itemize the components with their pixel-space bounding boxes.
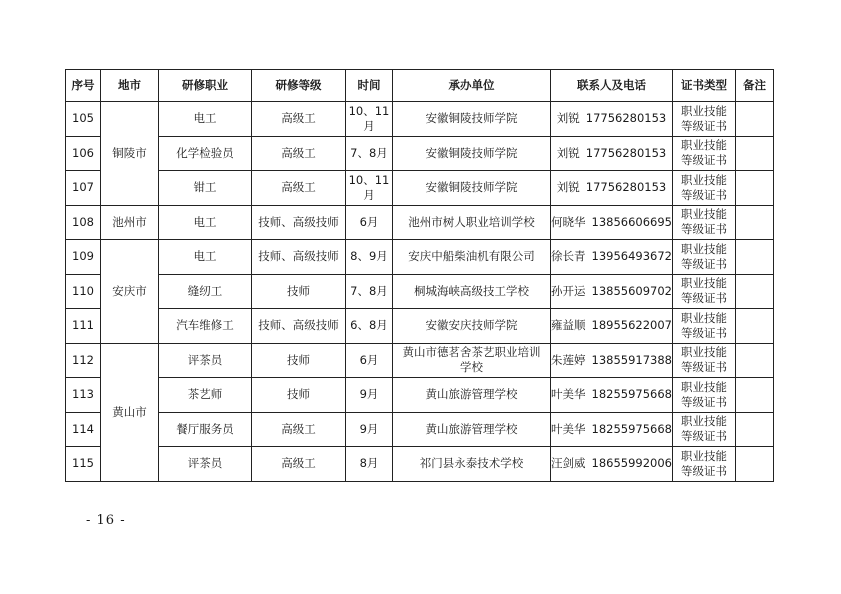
remark-cell xyxy=(736,102,774,137)
city-cell: 安庆市 xyxy=(101,240,159,344)
row-number: 114 xyxy=(66,412,101,447)
certificate-cell: 职业技能等级证书 xyxy=(673,205,736,240)
header-no: 序号 xyxy=(66,70,101,102)
contact-phone: 18655992006 xyxy=(592,456,672,470)
organizer-cell: 安徽铜陵技师学院 xyxy=(393,171,551,206)
row-number: 107 xyxy=(66,171,101,206)
time-cell: 8月 xyxy=(346,447,393,482)
contact-phone: 17756280153 xyxy=(586,146,666,160)
time-cell: 7、8月 xyxy=(346,136,393,171)
table-row: 111汽车维修工技师、高级技师6、8月安徽安庆技师学院雍益顺1895562200… xyxy=(66,309,774,344)
level-cell: 高级工 xyxy=(252,136,346,171)
occupation-cell: 电工 xyxy=(159,205,252,240)
remark-cell xyxy=(736,171,774,206)
contact-phone: 13855609702 xyxy=(592,284,672,298)
table-row: 107钳工高级工10、11月安徽铜陵技师学院刘锐17756280153职业技能等… xyxy=(66,171,774,206)
contact-phone: 17756280153 xyxy=(586,180,666,194)
remark-cell xyxy=(736,378,774,413)
text-line: 等级证书 xyxy=(681,119,727,133)
time-text: 10、11月 xyxy=(349,104,390,134)
certificate-cell: 职业技能等级证书 xyxy=(673,378,736,413)
contact-cell: 徐长青13956493672 xyxy=(551,240,673,275)
occupation-cell: 茶艺师 xyxy=(159,378,252,413)
certificate-cell: 职业技能等级证书 xyxy=(673,309,736,344)
contact-cell: 叶美华18255975668 xyxy=(551,378,673,413)
contact-cell: 何晓华13856606695 xyxy=(551,205,673,240)
time-cell: 9月 xyxy=(346,412,393,447)
row-number: 109 xyxy=(66,240,101,275)
contact-name: 汪剑威 xyxy=(551,456,586,470)
contact-phone: 13855917388 xyxy=(592,353,672,367)
text-line: 职业技能 xyxy=(681,207,727,221)
organizer-cell: 池州市树人职业培训学校 xyxy=(393,205,551,240)
contact-phone: 13956493672 xyxy=(592,249,672,263)
certificate-text: 职业技能等级证书 xyxy=(681,380,727,410)
level-cell: 高级工 xyxy=(252,171,346,206)
time-cell: 6、8月 xyxy=(346,309,393,344)
contact-name: 雍益顺 xyxy=(551,318,586,332)
header-remark: 备注 xyxy=(736,70,774,102)
certificate-cell: 职业技能等级证书 xyxy=(673,343,736,378)
text-line: 职业技能 xyxy=(681,311,727,325)
contact-phone: 13856606695 xyxy=(592,215,672,229)
certificate-cell: 职业技能等级证书 xyxy=(673,136,736,171)
organizer-cell: 黄山旅游管理学校 xyxy=(393,412,551,447)
organizer-cell: 安徽铜陵技师学院 xyxy=(393,102,551,137)
remark-cell xyxy=(736,274,774,309)
text-line: 月 xyxy=(363,119,375,133)
contact-name: 刘锐 xyxy=(557,146,580,160)
occupation-cell: 餐厅服务员 xyxy=(159,412,252,447)
organizer-cell: 安庆中船柴油机有限公司 xyxy=(393,240,551,275)
contact-cell: 刘锐17756280153 xyxy=(551,102,673,137)
occupation-cell: 化学检验员 xyxy=(159,136,252,171)
occupation-cell: 评茶员 xyxy=(159,343,252,378)
contact-cell: 雍益顺18955622007 xyxy=(551,309,673,344)
row-number: 112 xyxy=(66,343,101,378)
level-cell: 高级工 xyxy=(252,412,346,447)
occupation-cell: 汽车维修工 xyxy=(159,309,252,344)
remark-cell xyxy=(736,412,774,447)
certificate-cell: 职业技能等级证书 xyxy=(673,447,736,482)
certificate-cell: 职业技能等级证书 xyxy=(673,274,736,309)
city-cell: 铜陵市 xyxy=(101,102,159,206)
organizer-cell: 黄山市德茗舍茶艺职业培训学校 xyxy=(393,343,551,378)
level-cell: 高级工 xyxy=(252,102,346,137)
row-number: 106 xyxy=(66,136,101,171)
row-number: 110 xyxy=(66,274,101,309)
time-text: 10、11月 xyxy=(349,173,390,203)
text-line: 等级证书 xyxy=(681,326,727,340)
header-contact: 联系人及电话 xyxy=(551,70,673,102)
row-number: 111 xyxy=(66,309,101,344)
certificate-cell: 职业技能等级证书 xyxy=(673,171,736,206)
contact-name: 朱莲婷 xyxy=(551,353,586,367)
occupation-cell: 电工 xyxy=(159,102,252,137)
city-cell: 池州市 xyxy=(101,205,159,240)
organizer-cell: 桐城海峡高级技工学校 xyxy=(393,274,551,309)
level-cell: 技师、高级技师 xyxy=(252,240,346,275)
table-row: 115评茶员高级工8月祁门县永泰技术学校汪剑威18655992006职业技能等级… xyxy=(66,447,774,482)
text-line: 月 xyxy=(363,188,375,202)
certificate-text: 职业技能等级证书 xyxy=(681,414,727,444)
table-row: 114餐厅服务员高级工9月黄山旅游管理学校叶美华18255975668职业技能等… xyxy=(66,412,774,447)
header-certificate: 证书类型 xyxy=(673,70,736,102)
text-line: 等级证书 xyxy=(681,429,727,443)
contact-cell: 刘锐17756280153 xyxy=(551,171,673,206)
organizer-text: 黄山市德茗舍茶艺职业培训学校 xyxy=(403,345,541,375)
header-occupation: 研修职业 xyxy=(159,70,252,102)
occupation-cell: 缝纫工 xyxy=(159,274,252,309)
text-line: 职业技能 xyxy=(681,380,727,394)
row-number: 108 xyxy=(66,205,101,240)
remark-cell xyxy=(736,240,774,275)
time-cell: 7、8月 xyxy=(346,274,393,309)
contact-name: 徐长青 xyxy=(551,249,586,263)
certificate-text: 职业技能等级证书 xyxy=(681,449,727,479)
certificate-text: 职业技能等级证书 xyxy=(681,207,727,237)
table-body: 105铜陵市电工高级工10、11月安徽铜陵技师学院刘锐17756280153职业… xyxy=(66,102,774,482)
level-cell: 高级工 xyxy=(252,447,346,482)
text-line: 职业技能 xyxy=(681,242,727,256)
text-line: 等级证书 xyxy=(681,222,727,236)
table-row: 110缝纫工技师7、8月桐城海峡高级技工学校孙开运13855609702职业技能… xyxy=(66,274,774,309)
occupation-cell: 钳工 xyxy=(159,171,252,206)
text-line: 10、11 xyxy=(349,104,390,118)
text-line: 职业技能 xyxy=(681,138,727,152)
row-number: 105 xyxy=(66,102,101,137)
text-line: 等级证书 xyxy=(681,291,727,305)
header-row: 序号 地市 研修职业 研修等级 时间 承办单位 联系人及电话 证书类型 备注 xyxy=(66,70,774,102)
certificate-cell: 职业技能等级证书 xyxy=(673,412,736,447)
city-cell: 黄山市 xyxy=(101,343,159,481)
text-line: 等级证书 xyxy=(681,188,727,202)
text-line: 职业技能 xyxy=(681,449,727,463)
level-cell: 技师、高级技师 xyxy=(252,309,346,344)
remark-cell xyxy=(736,309,774,344)
text-line: 10、11 xyxy=(349,173,390,187)
contact-name: 叶美华 xyxy=(551,422,586,436)
time-cell: 10、11月 xyxy=(346,171,393,206)
header-level: 研修等级 xyxy=(252,70,346,102)
contact-cell: 孙开运13855609702 xyxy=(551,274,673,309)
remark-cell xyxy=(736,447,774,482)
time-cell: 10、11月 xyxy=(346,102,393,137)
organizer-cell: 安徽安庆技师学院 xyxy=(393,309,551,344)
page-number: - 16 - xyxy=(86,513,126,528)
text-line: 职业技能 xyxy=(681,276,727,290)
contact-name: 何晓华 xyxy=(551,215,586,229)
row-number: 115 xyxy=(66,447,101,482)
organizer-cell: 黄山旅游管理学校 xyxy=(393,378,551,413)
header-organizer: 承办单位 xyxy=(393,70,551,102)
header-city: 地市 xyxy=(101,70,159,102)
time-cell: 9月 xyxy=(346,378,393,413)
certificate-text: 职业技能等级证书 xyxy=(681,242,727,272)
table-row: 109安庆市电工技师、高级技师8、9月安庆中船柴油机有限公司徐长青1395649… xyxy=(66,240,774,275)
text-line: 职业技能 xyxy=(681,414,727,428)
remark-cell xyxy=(736,136,774,171)
contact-phone: 17756280153 xyxy=(586,111,666,125)
organizer-cell: 安徽铜陵技师学院 xyxy=(393,136,551,171)
text-line: 职业技能 xyxy=(681,345,727,359)
text-line: 职业技能 xyxy=(681,173,727,187)
text-line: 等级证书 xyxy=(681,395,727,409)
contact-phone: 18255975668 xyxy=(592,387,672,401)
certificate-text: 职业技能等级证书 xyxy=(681,104,727,134)
text-line: 等级证书 xyxy=(681,153,727,167)
table-row: 108池州市电工技师、高级技师6月池州市树人职业培训学校何晓华138566066… xyxy=(66,205,774,240)
contact-name: 叶美华 xyxy=(551,387,586,401)
certificate-cell: 职业技能等级证书 xyxy=(673,102,736,137)
time-cell: 6月 xyxy=(346,343,393,378)
text-line: 等级证书 xyxy=(681,257,727,271)
text-line: 黄山市德茗舍茶艺职业培训 xyxy=(403,345,541,359)
contact-name: 孙开运 xyxy=(551,284,586,298)
contact-phone: 18255975668 xyxy=(592,422,672,436)
text-line: 等级证书 xyxy=(681,360,727,374)
table-row: 105铜陵市电工高级工10、11月安徽铜陵技师学院刘锐17756280153职业… xyxy=(66,102,774,137)
text-line: 职业技能 xyxy=(681,104,727,118)
occupation-cell: 电工 xyxy=(159,240,252,275)
certificate-text: 职业技能等级证书 xyxy=(681,345,727,375)
certificate-text: 职业技能等级证书 xyxy=(681,173,727,203)
remark-cell xyxy=(736,205,774,240)
certificate-cell: 职业技能等级证书 xyxy=(673,240,736,275)
row-number: 113 xyxy=(66,378,101,413)
level-cell: 技师 xyxy=(252,343,346,378)
table-row: 113茶艺师技师9月黄山旅游管理学校叶美华18255975668职业技能等级证书 xyxy=(66,378,774,413)
header-time: 时间 xyxy=(346,70,393,102)
contact-cell: 汪剑威18655992006 xyxy=(551,447,673,482)
table-row: 112黄山市评茶员技师6月黄山市德茗舍茶艺职业培训学校朱莲婷1385591738… xyxy=(66,343,774,378)
certificate-text: 职业技能等级证书 xyxy=(681,138,727,168)
level-cell: 技师 xyxy=(252,378,346,413)
contact-phone: 18955622007 xyxy=(592,318,672,332)
contact-cell: 刘锐17756280153 xyxy=(551,136,673,171)
remark-cell xyxy=(736,343,774,378)
text-line: 等级证书 xyxy=(681,464,727,478)
contact-name: 刘锐 xyxy=(557,180,580,194)
organizer-cell: 祁门县永泰技术学校 xyxy=(393,447,551,482)
table-row: 106化学检验员高级工7、8月安徽铜陵技师学院刘锐17756280153职业技能… xyxy=(66,136,774,171)
contact-cell: 朱莲婷13855917388 xyxy=(551,343,673,378)
text-line: 学校 xyxy=(460,360,483,374)
certificate-text: 职业技能等级证书 xyxy=(681,311,727,341)
contact-name: 刘锐 xyxy=(557,111,580,125)
time-cell: 6月 xyxy=(346,205,393,240)
training-schedule-table: 序号 地市 研修职业 研修等级 时间 承办单位 联系人及电话 证书类型 备注 1… xyxy=(65,69,774,482)
certificate-text: 职业技能等级证书 xyxy=(681,276,727,306)
occupation-cell: 评茶员 xyxy=(159,447,252,482)
contact-cell: 叶美华18255975668 xyxy=(551,412,673,447)
level-cell: 技师 xyxy=(252,274,346,309)
level-cell: 技师、高级技师 xyxy=(252,205,346,240)
time-cell: 8、9月 xyxy=(346,240,393,275)
